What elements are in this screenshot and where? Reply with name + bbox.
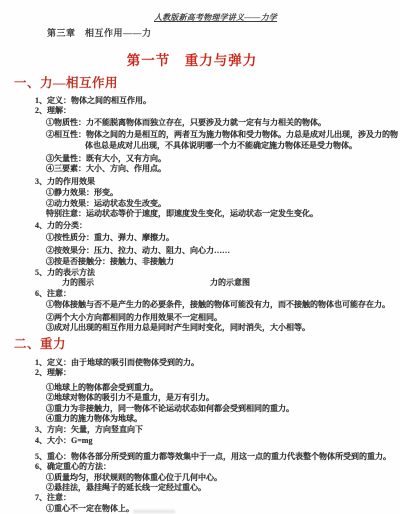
- doc-line: ③按是否接触分：接触力、非接触力: [46, 256, 174, 267]
- doc-line: ①物体接触与否不是产生力的必要条件，接触的物体可能没有力，而不接触的物体也可能存…: [46, 299, 390, 310]
- doc-line: 体也总是成对儿出现，不具体说明哪一个力不能确定施力物体还是受力物体。: [85, 140, 357, 151]
- force-diagram-label: 力的图示: [62, 277, 94, 288]
- section-heading-force-interaction: 一、力—相互作用: [14, 73, 118, 91]
- doc-line: 4、力的分类：: [35, 220, 87, 231]
- page-title: 第一节 重力与弹力: [0, 49, 384, 69]
- doc-line: ①按性质分：重力、弹力、摩擦力。: [46, 232, 174, 243]
- doc-line: ①静力效果：形变。: [46, 187, 118, 198]
- doc-line: 6、注意：: [35, 288, 71, 299]
- force-sketch-label: 力的示意图: [210, 277, 250, 288]
- doc-line: ②相互性：物体之间的力是相互的，两者互为施力物体和受力物体。力总是成对儿出现，涉…: [46, 129, 398, 140]
- doc-line: 2、理解：: [35, 367, 71, 378]
- doc-line: 7、注意：: [35, 492, 71, 503]
- document-header: 人教版新高考物理学讲义——力学: [154, 12, 277, 23]
- chapter-label: 第三章 相互作用——力: [47, 26, 152, 39]
- doc-line: 特别注意：运动状态等价于速度，即速度发生变化，运动状态一定发生变化。: [46, 208, 318, 219]
- doc-line: 2、理解：: [35, 105, 71, 116]
- document-page: 人教版新高考物理学讲义——力学 第三章 相互作用——力 第一节 重力与弹力 一、…: [0, 0, 400, 514]
- doc-line: 6、确定重心的方法：: [35, 461, 111, 472]
- doc-line: 3、力的作用效果: [35, 176, 95, 187]
- doc-line: ②地球对物体的吸引力不是重力，是万有引力。: [46, 392, 214, 403]
- doc-line: ①物质性：力不能脱离物体而独立存在，只要涉及力就一定有与力相关的物体。: [46, 117, 326, 128]
- doc-line: ④三要素：大小、方向、作用点。: [46, 163, 166, 174]
- doc-line: 4、大小：G=mg: [35, 435, 92, 446]
- doc-line: 3、方向：矢量，方向竖直向下: [35, 424, 143, 435]
- cutoff-line-remnant: [133, 510, 175, 513]
- doc-line: ①重心不一定在物体上。: [46, 503, 134, 514]
- doc-line: ②按效果分：压力、拉力、动力、阻力、向心力……: [46, 245, 230, 256]
- doc-line: ③成对儿出现的相互作用力总是同时产生同时变化，同时消失，大小相等。: [46, 322, 310, 333]
- section-heading-gravity: 二、重力: [14, 334, 66, 352]
- doc-line: ④重力的施力物体为地球。: [46, 413, 142, 424]
